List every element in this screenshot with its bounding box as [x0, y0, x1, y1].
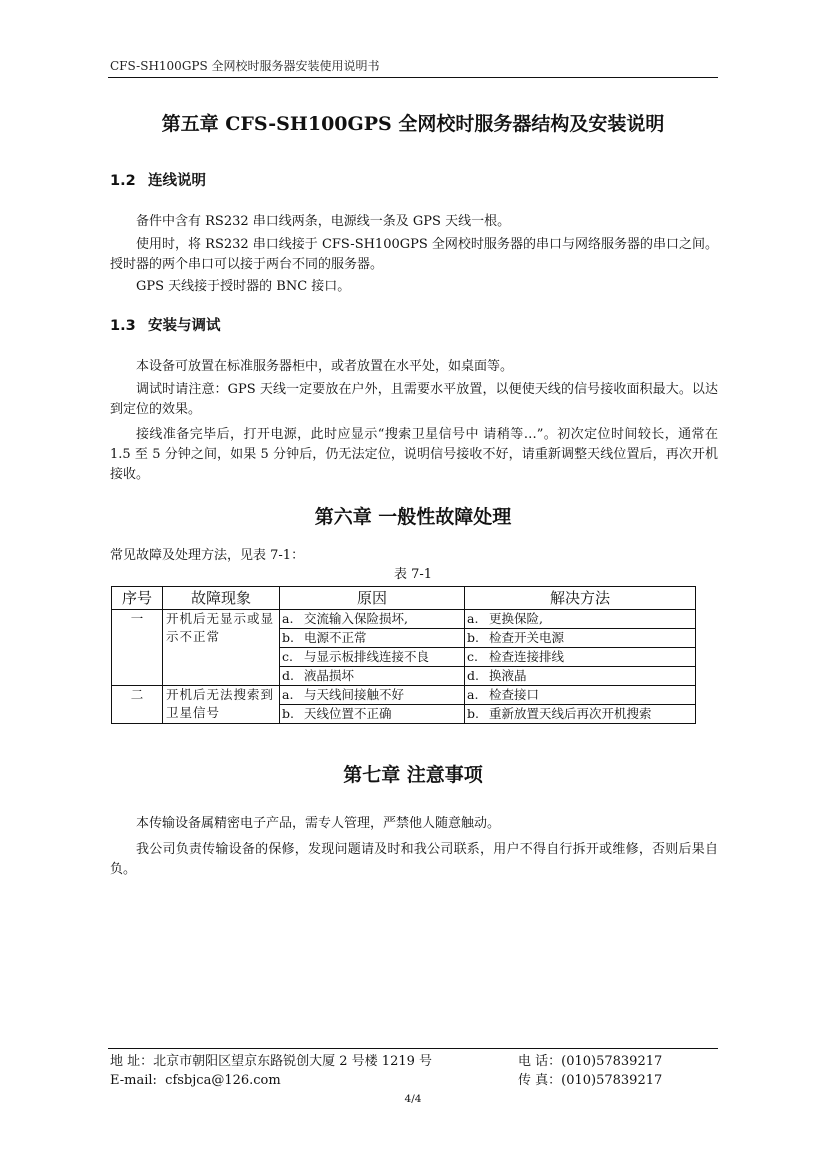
table-header-row: 序号 故障现象 原因 解决方法: [112, 587, 696, 610]
cause-text: 与显示板排线连接不良: [304, 648, 464, 666]
page-number: 4/4: [108, 1093, 718, 1105]
table-row: 二 开机后无法搜索到卫星信号 a.与天线间接触不好 b.天线位置不正确 a.检查…: [112, 686, 696, 724]
cause-text: 与天线间接触不好: [304, 686, 464, 704]
email-label: E-mail:: [110, 1073, 157, 1088]
paragraph: GPS 天线接于授时器的 BNC 接口。: [110, 277, 718, 297]
list-marker: a.: [280, 686, 304, 704]
row-causes: a.与天线间接触不好 b.天线位置不正确: [280, 686, 465, 724]
section-title-text: 连线说明: [148, 173, 206, 189]
row-solutions: a.检查接口 b.重新放置天线后再次开机搜索: [465, 686, 696, 724]
solution-text: 检查开关电源: [489, 629, 695, 647]
footer-fax: 传 真：(010)57839217: [518, 1072, 662, 1090]
row-symptom: 开机后无显示或显示不正常: [163, 610, 280, 686]
cause-item: a.交流输入保险损坏,: [280, 610, 464, 629]
list-marker: b.: [465, 629, 489, 647]
column-header-index: 序号: [112, 587, 163, 610]
solution-text: 检查接口: [489, 686, 695, 704]
chapter-6-title: 第六章 一般性故障处理: [108, 505, 718, 529]
fault-table: 序号 故障现象 原因 解决方法 一 开机后无显示或显示不正常 a.交流输入保险损…: [111, 586, 696, 724]
fax-label: 传 真：: [518, 1073, 561, 1088]
solution-item: b.重新放置天线后再次开机搜索: [465, 705, 695, 723]
footer-email: E-mail: cfsbjca@126.com: [110, 1072, 281, 1090]
cause-text: 液晶损坏: [304, 667, 464, 685]
list-marker: b.: [280, 705, 304, 723]
column-header-solution: 解决方法: [465, 587, 696, 610]
fax-value: (010)57839217: [561, 1073, 662, 1088]
footer-address: 地 址：北京市朝阳区望京东路锐创大厦 2 号楼 1219 号: [110, 1053, 432, 1071]
solution-text: 更换保险,: [489, 610, 695, 628]
paragraph: 本设备可放置在标准服务器柜中，或者放置在水平处，如桌面等。: [110, 357, 718, 377]
solution-text: 换液晶: [489, 667, 695, 685]
solution-text: 检查连接排线: [489, 648, 695, 666]
cause-item: b.电源不正常: [280, 629, 464, 648]
table-row: 一 开机后无显示或显示不正常 a.交流输入保险损坏, b.电源不正常 c.与显示…: [112, 610, 696, 686]
section-number: 1.2: [110, 171, 148, 191]
row-index: 一: [112, 610, 163, 686]
section-title-text: 安装与调试: [148, 318, 221, 334]
list-marker: b.: [465, 705, 489, 723]
row-index: 二: [112, 686, 163, 724]
address-label: 地 址：: [110, 1054, 153, 1069]
document-page: CFS-SH100GPS 全网校时服务器安装使用说明书 第五章 CFS-SH10…: [0, 0, 830, 1174]
section-number: 1.3: [110, 316, 148, 336]
list-marker: d.: [465, 667, 489, 685]
list-marker: c.: [280, 648, 304, 666]
cause-item: b.天线位置不正确: [280, 705, 464, 723]
chapter-5-title: 第五章 CFS-SH100GPS 全网校时服务器结构及安装说明: [108, 112, 718, 136]
paragraph: 使用时，将 RS232 串口线接于 CFS-SH100GPS 全网校时服务器的串…: [110, 235, 718, 275]
cause-text: 天线位置不正确: [304, 705, 464, 723]
solution-text: 重新放置天线后再次开机搜索: [489, 705, 695, 723]
section-1-2-heading: 1.2连线说明: [110, 171, 206, 191]
list-marker: c.: [465, 648, 489, 666]
list-marker: d.: [280, 667, 304, 685]
solution-item: a.检查接口: [465, 686, 695, 705]
email-value: cfsbjca@126.com: [165, 1073, 281, 1088]
paragraph: 接线准备完毕后，打开电源，此时应显示“搜索卫星信号中 请稍等…”。初次定位时间较…: [110, 425, 718, 485]
footer-divider: [108, 1048, 718, 1049]
cause-item: d.液晶损坏: [280, 667, 464, 685]
cause-item: a.与天线间接触不好: [280, 686, 464, 705]
list-marker: a.: [280, 610, 304, 628]
list-marker: a.: [465, 686, 489, 704]
solution-item: a.更换保险,: [465, 610, 695, 629]
header-divider: [108, 77, 718, 78]
cause-text: 电源不正常: [304, 629, 464, 647]
address-value: 北京市朝阳区望京东路锐创大厦 2 号楼 1219 号: [153, 1054, 432, 1069]
paragraph: 调试时请注意：GPS 天线一定要放在户外，且需要水平放置，以便使天线的信号接收面…: [110, 380, 718, 420]
table-caption: 表 7-1: [108, 566, 718, 584]
paragraph: 我公司负责传输设备的保修，发现问题请及时和我公司联系，用户不得自行拆开或维修，否…: [110, 840, 718, 880]
list-marker: a.: [465, 610, 489, 628]
row-solutions: a.更换保险, b.检查开关电源 c.检查连接排线 d.换液晶: [465, 610, 696, 686]
footer-phone: 电 话：(010)57839217: [518, 1053, 662, 1071]
row-causes: a.交流输入保险损坏, b.电源不正常 c.与显示板排线连接不良 d.液晶损坏: [280, 610, 465, 686]
column-header-cause: 原因: [280, 587, 465, 610]
running-header: CFS-SH100GPS 全网校时服务器安装使用说明书: [110, 58, 718, 74]
solution-item: b.检查开关电源: [465, 629, 695, 648]
chapter-7-title: 第七章 注意事项: [108, 763, 718, 787]
paragraph: 备件中含有 RS232 串口线两条，电源线一条及 GPS 天线一根。: [110, 212, 718, 232]
paragraph: 本传输设备属精密电子产品，需专人管理，严禁他人随意触动。: [110, 814, 718, 834]
solution-item: c.检查连接排线: [465, 648, 695, 667]
cause-item: c.与显示板排线连接不良: [280, 648, 464, 667]
cause-text: 交流输入保险损坏,: [304, 610, 464, 628]
phone-label: 电 话：: [518, 1054, 561, 1069]
table-intro: 常见故障及处理方法，见表 7-1：: [110, 546, 718, 566]
phone-value: (010)57839217: [561, 1054, 662, 1069]
row-symptom: 开机后无法搜索到卫星信号: [163, 686, 280, 724]
solution-item: d.换液晶: [465, 667, 695, 685]
section-1-3-heading: 1.3安装与调试: [110, 316, 221, 336]
list-marker: b.: [280, 629, 304, 647]
column-header-symptom: 故障现象: [163, 587, 280, 610]
